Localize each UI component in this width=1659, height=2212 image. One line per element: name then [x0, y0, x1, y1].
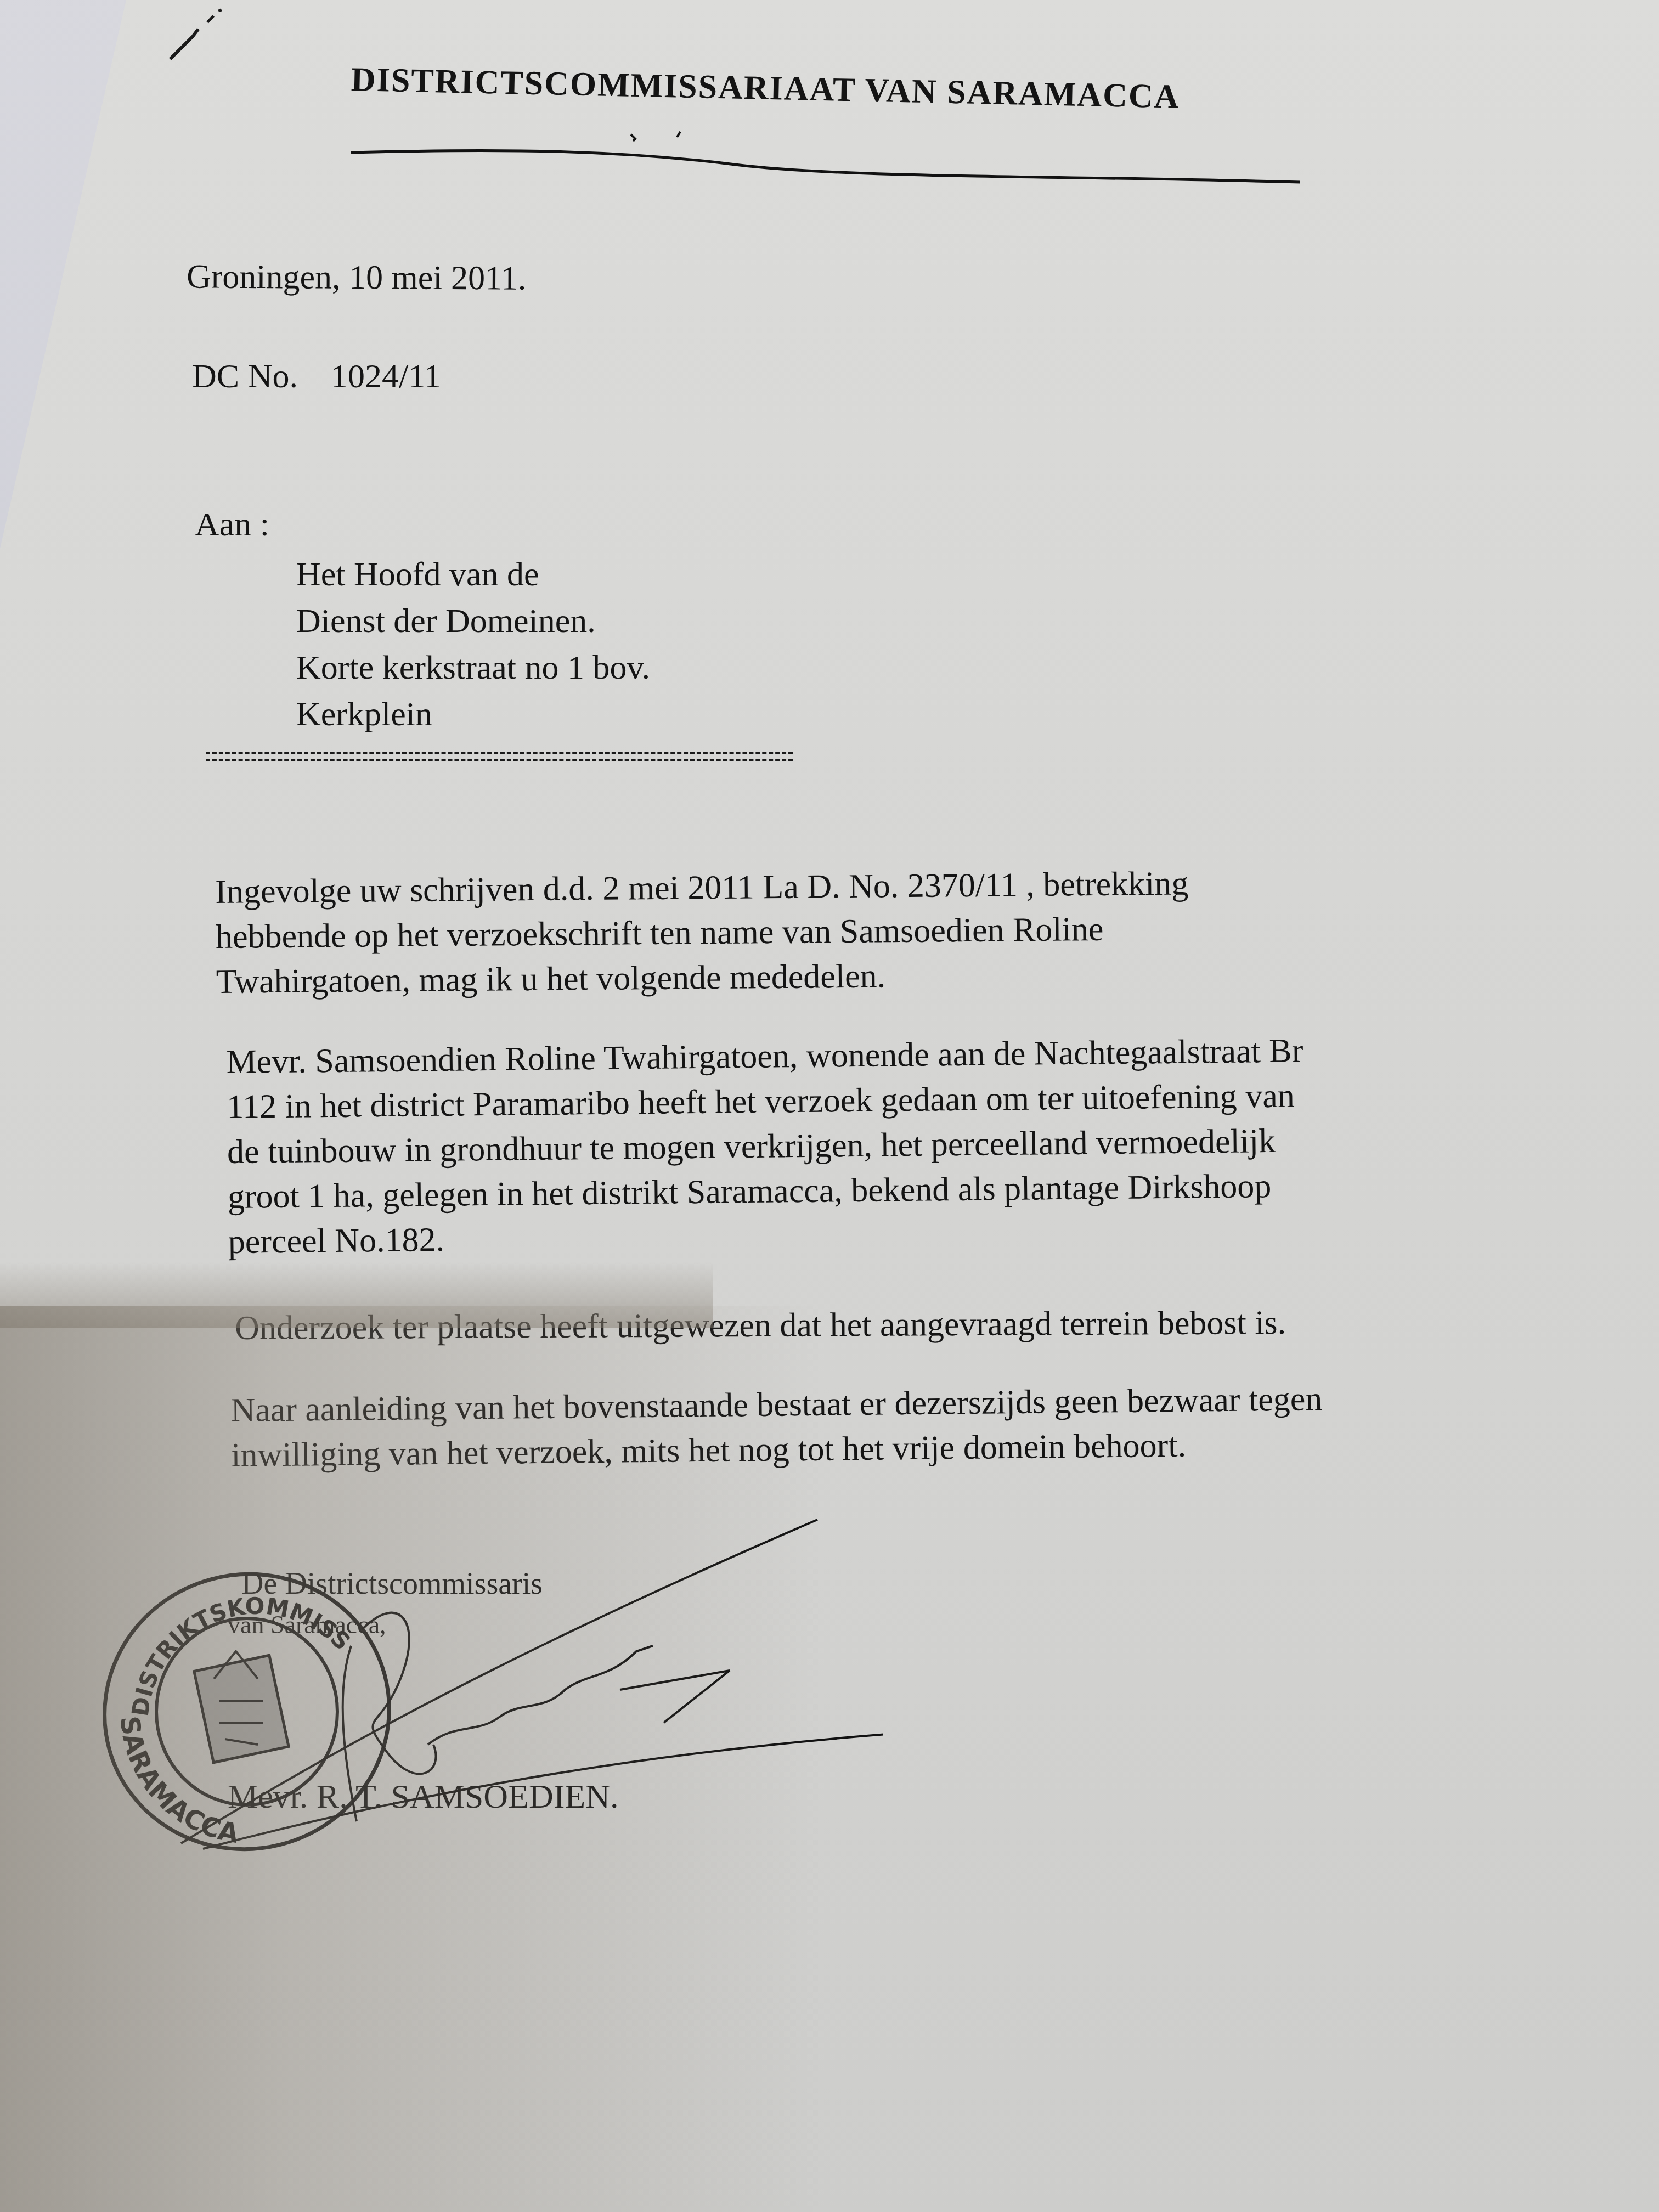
- recipient-line: Korte kerkstraat no 1 bov.: [296, 645, 650, 691]
- dc-number-label: DC No.: [192, 358, 298, 395]
- text-line: Twahirgatoen, mag ik u het volgende mede…: [216, 951, 1189, 1005]
- recipient-label: Aan :: [195, 507, 269, 541]
- signature-block: DISTRIKTSKOMMISSARIS SARAMACCA De Distri…: [82, 1514, 850, 1898]
- body-paragraph-3: Onderzoek ter plaatse heeft uitgewezen d…: [235, 1300, 1286, 1351]
- letterhead-underline: [351, 121, 1300, 187]
- body-paragraph-4: Naar aanleiding van het bovenstaande bes…: [230, 1376, 1323, 1478]
- address-separator: [206, 752, 793, 761]
- recipient-line: Het Hoofd van de: [296, 551, 650, 598]
- recipient-address: Het Hoofd van de Dienst der Domeinen. Ko…: [296, 551, 650, 738]
- recipient-line: Dienst der Domeinen.: [296, 598, 650, 645]
- text-line: hebbende op het verzoekschrift ten name …: [216, 906, 1189, 960]
- text-line: Onderzoek ter plaatse heeft uitgewezen d…: [235, 1300, 1286, 1351]
- place-and-date: Groningen, 10 mei 2011.: [187, 259, 527, 295]
- body-paragraph-1: Ingevolge uw schrijven d.d. 2 mei 2011 L…: [215, 861, 1189, 1005]
- body-paragraph-2: Mevr. Samsoendien Roline Twahirgatoen, w…: [226, 1028, 1305, 1265]
- dc-number-value: 1024/11: [331, 358, 441, 395]
- recipient-line: Kerkplein: [296, 691, 650, 738]
- handwritten-signature: [170, 1514, 883, 1898]
- text-line: Ingevolge uw schrijven d.d. 2 mei 2011 L…: [215, 861, 1189, 915]
- dc-number: DC No.1024/11: [192, 359, 441, 393]
